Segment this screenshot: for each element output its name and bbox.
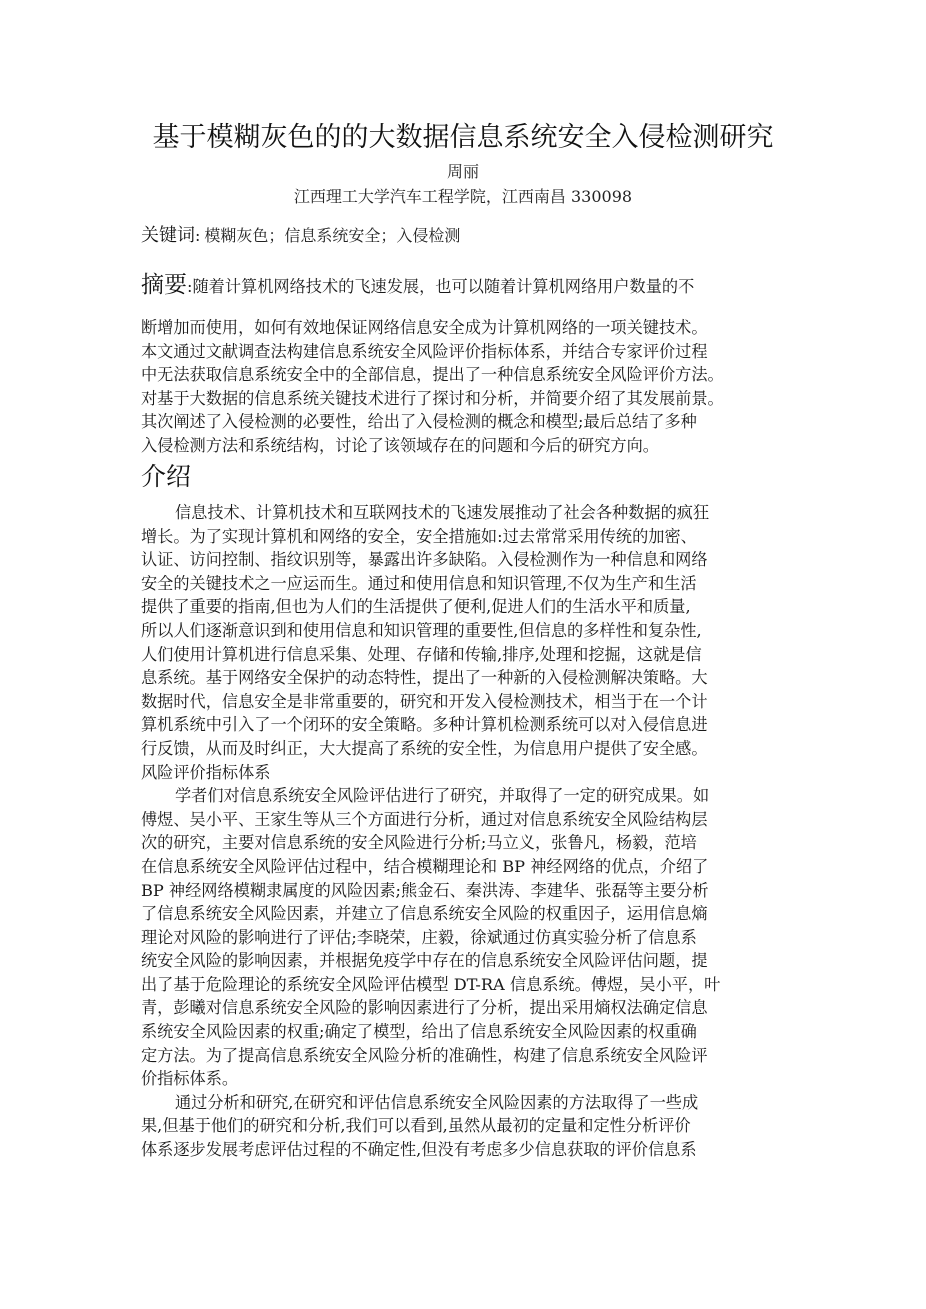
paragraph-3: 通过分析和研究,在研究和评估信息系统安全风险因素的方法取得了一些成 果,但基于他… <box>141 1091 801 1162</box>
paragraph-line: 体系逐步发展考虑评估过程的不确定性,但没有考虑多少信息获取的评价信息系 <box>141 1138 801 1162</box>
keywords: 关键词: 模糊灰色；信息系统安全；入侵检测 <box>141 222 460 251</box>
paragraph-line: 通过分析和研究,在研究和评估信息系统安全风险因素的方法取得了一些成 <box>141 1091 801 1115</box>
paragraph-line: 息系统。基于网络安全保护的动态特性，提出了一种新的入侵检测解决策略。大 <box>141 666 801 690</box>
paragraph-1: 信息技术、计算机技术和互联网技术的飞速发展推动了社会各种数据的疯狂 增长。为了实… <box>141 501 801 761</box>
subheading-risk-index: 风险评价指标体系 <box>141 761 801 785</box>
paper-page: 基于模糊灰色的的大数据信息系统安全入侵检测研究 周丽 江西理工大学汽车工程学院，… <box>0 0 926 1309</box>
abstract-line: 对基于大数据的信息系统关键技术进行了探讨和分析，并简要介绍了其发展前景。 <box>141 387 801 411</box>
paragraph-line: 增长。为了实现计算机和网络的安全，安全措施如:过去常常采用传统的加密、 <box>141 525 801 549</box>
keywords-label: 关键词 <box>141 225 195 246</box>
paragraph-line: 行反馈，从而及时纠正，大大提高了系统的安全性，为信息用户提供了安全感。 <box>141 737 801 761</box>
paragraph-line: 学者们对信息系统安全风险评估进行了研究，并取得了一定的研究成果。如 <box>141 784 801 808</box>
paragraph-2: 学者们对信息系统安全风险评估进行了研究，并取得了一定的研究成果。如 傅煜、吴小平… <box>141 784 801 1091</box>
section-heading-intro: 介绍 <box>141 459 191 495</box>
abstract-line: 随着计算机网络技术的飞速发展，也可以随着计算机网络用户数量的不 <box>192 277 694 296</box>
abstract-line: 入侵检测方法和系统结构，讨论了该领域存在的问题和今后的研究方向。 <box>141 434 801 458</box>
paragraph-line: 果,但基于他们的研究和分析,我们可以看到,虽然从最初的定量和定性分析评价 <box>141 1114 801 1138</box>
paragraph-line: 出了基于危险理论的系统安全风险评估模型 DT-RA 信息系统。傅煜，吴小平，叶 <box>141 973 801 997</box>
paragraph-line: 次的研究，主要对信息系统的安全风险进行分析;马立义，张鲁凡，杨毅，范培 <box>141 831 801 855</box>
paragraph-line: 算机系统中引入了一个闭环的安全策略。多种计算机检测系统可以对入侵信息进 <box>141 713 801 737</box>
paragraph-line: 在信息系统安全风险评估过程中，结合模糊理论和 BP 神经网络的优点，介绍了 <box>141 855 801 879</box>
paragraph-line: 青，彭曦对信息系统安全风险的影响因素进行了分析，提出采用熵权法确定信息 <box>141 996 801 1020</box>
abstract-line: 断增加而使用，如何有效地保证网络信息安全成为计算机网络的一项关键技术。 <box>141 316 801 340</box>
paragraph-line: 理论对风险的影响进行了评估;李晓荣，庄毅，徐斌通过仿真实验分析了信息系 <box>141 926 801 950</box>
keywords-text: 模糊灰色；信息系统安全；入侵检测 <box>204 226 460 245</box>
paragraph-line: 人们使用计算机进行信息采集、处理、存储和传输,排序,处理和挖掘，这就是信 <box>141 643 801 667</box>
abstract-line: 中无法获取信息系统安全中的全部信息，提出了一种信息系统安全风险评价方法。 <box>141 363 801 387</box>
author-affiliation: 江西理工大学汽车工程学院，江西南昌 330098 <box>0 184 926 210</box>
keywords-separator: : <box>195 226 200 245</box>
abstract-body: 断增加而使用，如何有效地保证网络信息安全成为计算机网络的一项关键技术。 本文通过… <box>141 316 801 458</box>
abstract-line: 本文通过文献调查法构建信息系统安全风险评价指标体系，并结合专家评价过程 <box>141 340 801 364</box>
paragraph-line: 数据时代，信息安全是非常重要的，研究和开发入侵检测技术，相当于在一个计 <box>141 690 801 714</box>
paragraph-line: 所以人们逐渐意识到和使用信息和知识管理的重要性,但信息的多样性和复杂性, <box>141 619 801 643</box>
abstract-label: 摘要 <box>141 272 187 298</box>
section-body-intro: 信息技术、计算机技术和互联网技术的飞速发展推动了社会各种数据的疯狂 增长。为了实… <box>141 501 801 1162</box>
paragraph-line: 价指标体系。 <box>141 1067 801 1091</box>
abstract-line: 其次阐述了入侵检测的必要性，给出了入侵检测的概念和模型;最后总结了多种 <box>141 410 801 434</box>
paragraph-line: 系统安全风险因素的权重;确定了模型，给出了信息系统安全风险因素的权重确 <box>141 1020 801 1044</box>
paragraph-line: 提供了重要的指南,但也为人们的生活提供了便利,促进人们的生活水平和质量, <box>141 595 801 619</box>
paragraph-line: 信息技术、计算机技术和互联网技术的飞速发展推动了社会各种数据的疯狂 <box>141 501 801 525</box>
paragraph-line: 统安全风险的影响因素，并根据免疫学中存在的信息系统安全风险评估问题，提 <box>141 949 801 973</box>
paragraph-line: 了信息系统安全风险因素，并建立了信息系统安全风险的权重因子，运用信息熵 <box>141 902 801 926</box>
paragraph-line: 定方法。为了提高信息系统安全风险分析的准确性，构建了信息系统安全风险评 <box>141 1044 801 1068</box>
abstract: 摘要:随着计算机网络技术的飞速发展，也可以随着计算机网络用户数量的不 断增加而使… <box>141 266 801 458</box>
abstract-first-line: 摘要:随着计算机网络技术的飞速发展，也可以随着计算机网络用户数量的不 <box>141 266 801 307</box>
paragraph-line: 傅煜、吴小平、王家生等从三个方面进行分析，通过对信息系统安全风险结构层 <box>141 808 801 832</box>
paper-title: 基于模糊灰色的的大数据信息系统安全入侵检测研究 <box>0 118 926 158</box>
paragraph-line: BP 神经网络模糊隶属度的风险因素;熊金石、秦洪涛、李建华、张磊等主要分析 <box>141 879 801 903</box>
author-name: 周丽 <box>0 160 926 184</box>
paragraph-line: 认证、访问控制、指纹识别等，暴露出许多缺陷。入侵检测作为一种信息和网络 <box>141 548 801 572</box>
paragraph-line: 安全的关键技术之一应运而生。通过和使用信息和知识管理,不仅为生产和生活 <box>141 572 801 596</box>
